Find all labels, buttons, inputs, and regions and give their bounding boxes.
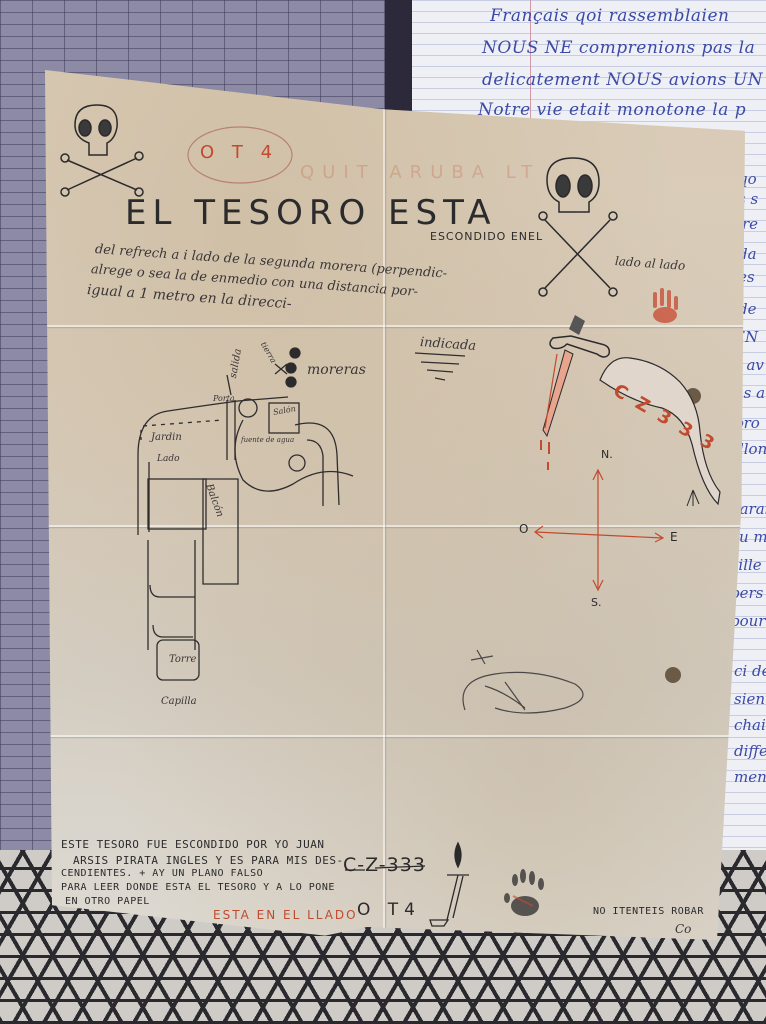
label-jardin: Jardin: [151, 432, 182, 443]
label-lado: Lado: [157, 454, 180, 464]
treasure-map: O T 4 QUIT ARUBA LT EL TESORO ESTA ESCON…: [45, 70, 745, 940]
compass-west: O: [519, 522, 528, 536]
castle-floorplan-diagram: [138, 348, 353, 680]
small-dagger-icon: [430, 843, 469, 926]
skull-crossbones-icon: [539, 158, 617, 296]
triangle-marker: [415, 353, 465, 380]
notebook-line-3: delicatement NOUS avions UN: [482, 70, 763, 90]
map-code-small: O T4: [357, 900, 421, 920]
compass-south: S.: [591, 596, 601, 609]
scribble-x-mark: [463, 650, 583, 713]
notebook-fragment: sient: [734, 690, 766, 708]
notebook-fragment: re: [742, 215, 758, 233]
dagger-icon: [541, 315, 609, 470]
warning-signature: Co: [675, 922, 691, 936]
map-code-big: C-Z-333: [343, 854, 426, 876]
notebook-fragment: ment: [734, 768, 766, 786]
notebook-fragment: chait: [734, 716, 766, 734]
compass-north: N.: [601, 448, 613, 461]
footer-note-line-1: ESTE TESORO FUE ESCONDIDO POR YO JUAN: [61, 838, 325, 851]
notebook-line-4: Notre vie etait monotone la p: [478, 100, 746, 120]
notebook-line-1: Français qoi rassemblaien: [490, 6, 729, 26]
footer-note-line-5: EN OTRO PAPEL: [65, 896, 150, 907]
skull-crossbones-icon: [61, 105, 143, 196]
label-torre: Torre: [169, 654, 196, 665]
warning-note: NO ITENTEIS ROBAR: [593, 906, 704, 917]
notebook-fragment: differ: [734, 742, 766, 760]
footer-note-line-2: ARSIS PIRATA INGLES Y ES PARA MIS DES-: [73, 854, 344, 867]
map-headline-small: ESCONDIDO ENEL: [430, 230, 543, 243]
label-fuente: fuente de agua: [241, 436, 294, 444]
notebook-line-2: NOUS NE comprenions pas la: [482, 38, 755, 58]
red-handprint-icon: [653, 288, 678, 323]
label-moreras: moreras: [307, 362, 366, 378]
label-capilla: Capilla: [161, 696, 197, 707]
label-puerta: Porta: [213, 394, 235, 403]
notebook-binder-edge: [385, 0, 413, 120]
map-code-top: O T 4: [200, 142, 278, 163]
footer-note-line-4: PARA LEER DONDE ESTA EL TESORO Y A LO PO…: [61, 882, 335, 893]
notebook-fragment: ci de: [734, 662, 766, 680]
map-headline: EL TESORO ESTA: [125, 193, 496, 233]
faded-red-text: QUIT ARUBA LT: [300, 162, 540, 183]
footer-red-note: ESTA EN EL LLADO: [213, 908, 358, 922]
compass-rose-icon: [535, 470, 663, 590]
dark-handprint-icon: [504, 869, 544, 916]
notebook-fragment: pour g: [730, 612, 766, 630]
footer-note-line-3: CENDIENTES. + AY UN PLANO FALSO: [61, 868, 263, 879]
compass-east: E: [670, 530, 678, 544]
